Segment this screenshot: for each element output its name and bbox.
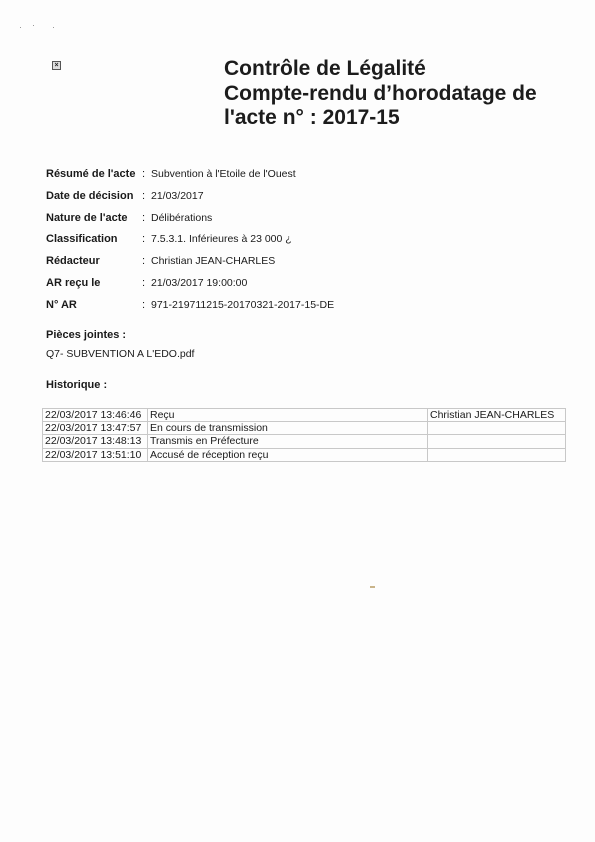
table-row: 22/03/2017 13:51:10 Accusé de réception … [43, 448, 566, 461]
field-value: 971-219711215-20170321-2017-15-DE [151, 299, 334, 311]
table-row: 22/03/2017 13:47:57 En cours de transmis… [43, 422, 566, 435]
field-label: Classification [46, 233, 118, 245]
scan-speck [370, 586, 375, 588]
field-colon: : [142, 168, 145, 180]
title-line-2: Compte-rendu d’horodatage de [224, 82, 584, 107]
history-datetime: 22/03/2017 13:47:57 [43, 422, 148, 435]
page-title: Contrôle de Légalité Compte-rendu d’horo… [224, 57, 584, 131]
field-colon: : [142, 212, 145, 224]
scan-speck [53, 27, 54, 28]
field-label: Date de décision [46, 190, 133, 202]
table-row: 22/03/2017 13:48:13 Transmis en Préfectu… [43, 435, 566, 448]
attachment-file[interactable]: Q7- SUBVENTION A L'EDO.pdf [46, 348, 194, 360]
field-colon: : [142, 255, 145, 267]
history-author [428, 435, 566, 448]
history-status: Reçu [148, 409, 428, 422]
field-value: Christian JEAN-CHARLES [151, 255, 275, 267]
history-datetime: 22/03/2017 13:48:13 [43, 435, 148, 448]
history-table: 22/03/2017 13:46:46 Reçu Christian JEAN-… [42, 408, 566, 462]
history-author: Christian JEAN-CHARLES [428, 409, 566, 422]
history-status: Accusé de réception reçu [148, 448, 428, 461]
scan-speck [33, 25, 34, 26]
field-label: N° AR [46, 299, 77, 311]
field-value: Délibérations [151, 212, 212, 224]
field-label: Rédacteur [46, 255, 100, 267]
field-value: 21/03/2017 [151, 190, 204, 202]
history-author [428, 422, 566, 435]
field-label: AR reçu le [46, 277, 100, 289]
field-colon: : [142, 299, 145, 311]
history-author [428, 448, 566, 461]
field-value: Subvention à l'Etoile de l'Ouest [151, 168, 296, 180]
field-value: 7.5.3.1. Inférieures à 23 000 ¿ [151, 233, 292, 245]
field-value: 21/03/2017 19:00:00 [151, 277, 247, 289]
title-line-1: Contrôle de Légalité [224, 57, 584, 82]
history-datetime: 22/03/2017 13:46:46 [43, 409, 148, 422]
attachments-heading: Pièces jointes : [46, 329, 126, 341]
history-status: En cours de transmission [148, 422, 428, 435]
field-label: Nature de l'acte [46, 212, 127, 224]
scan-speck [20, 27, 21, 28]
field-colon: : [142, 190, 145, 202]
field-label: Résumé de l'acte [46, 168, 135, 180]
history-datetime: 22/03/2017 13:51:10 [43, 448, 148, 461]
title-line-3: l'acte n° : 2017-15 [224, 106, 584, 131]
field-colon: : [142, 233, 145, 245]
broken-image-icon: × [52, 61, 61, 70]
table-row: 22/03/2017 13:46:46 Reçu Christian JEAN-… [43, 409, 566, 422]
field-colon: : [142, 277, 145, 289]
history-heading: Historique : [46, 379, 107, 391]
history-status: Transmis en Préfecture [148, 435, 428, 448]
